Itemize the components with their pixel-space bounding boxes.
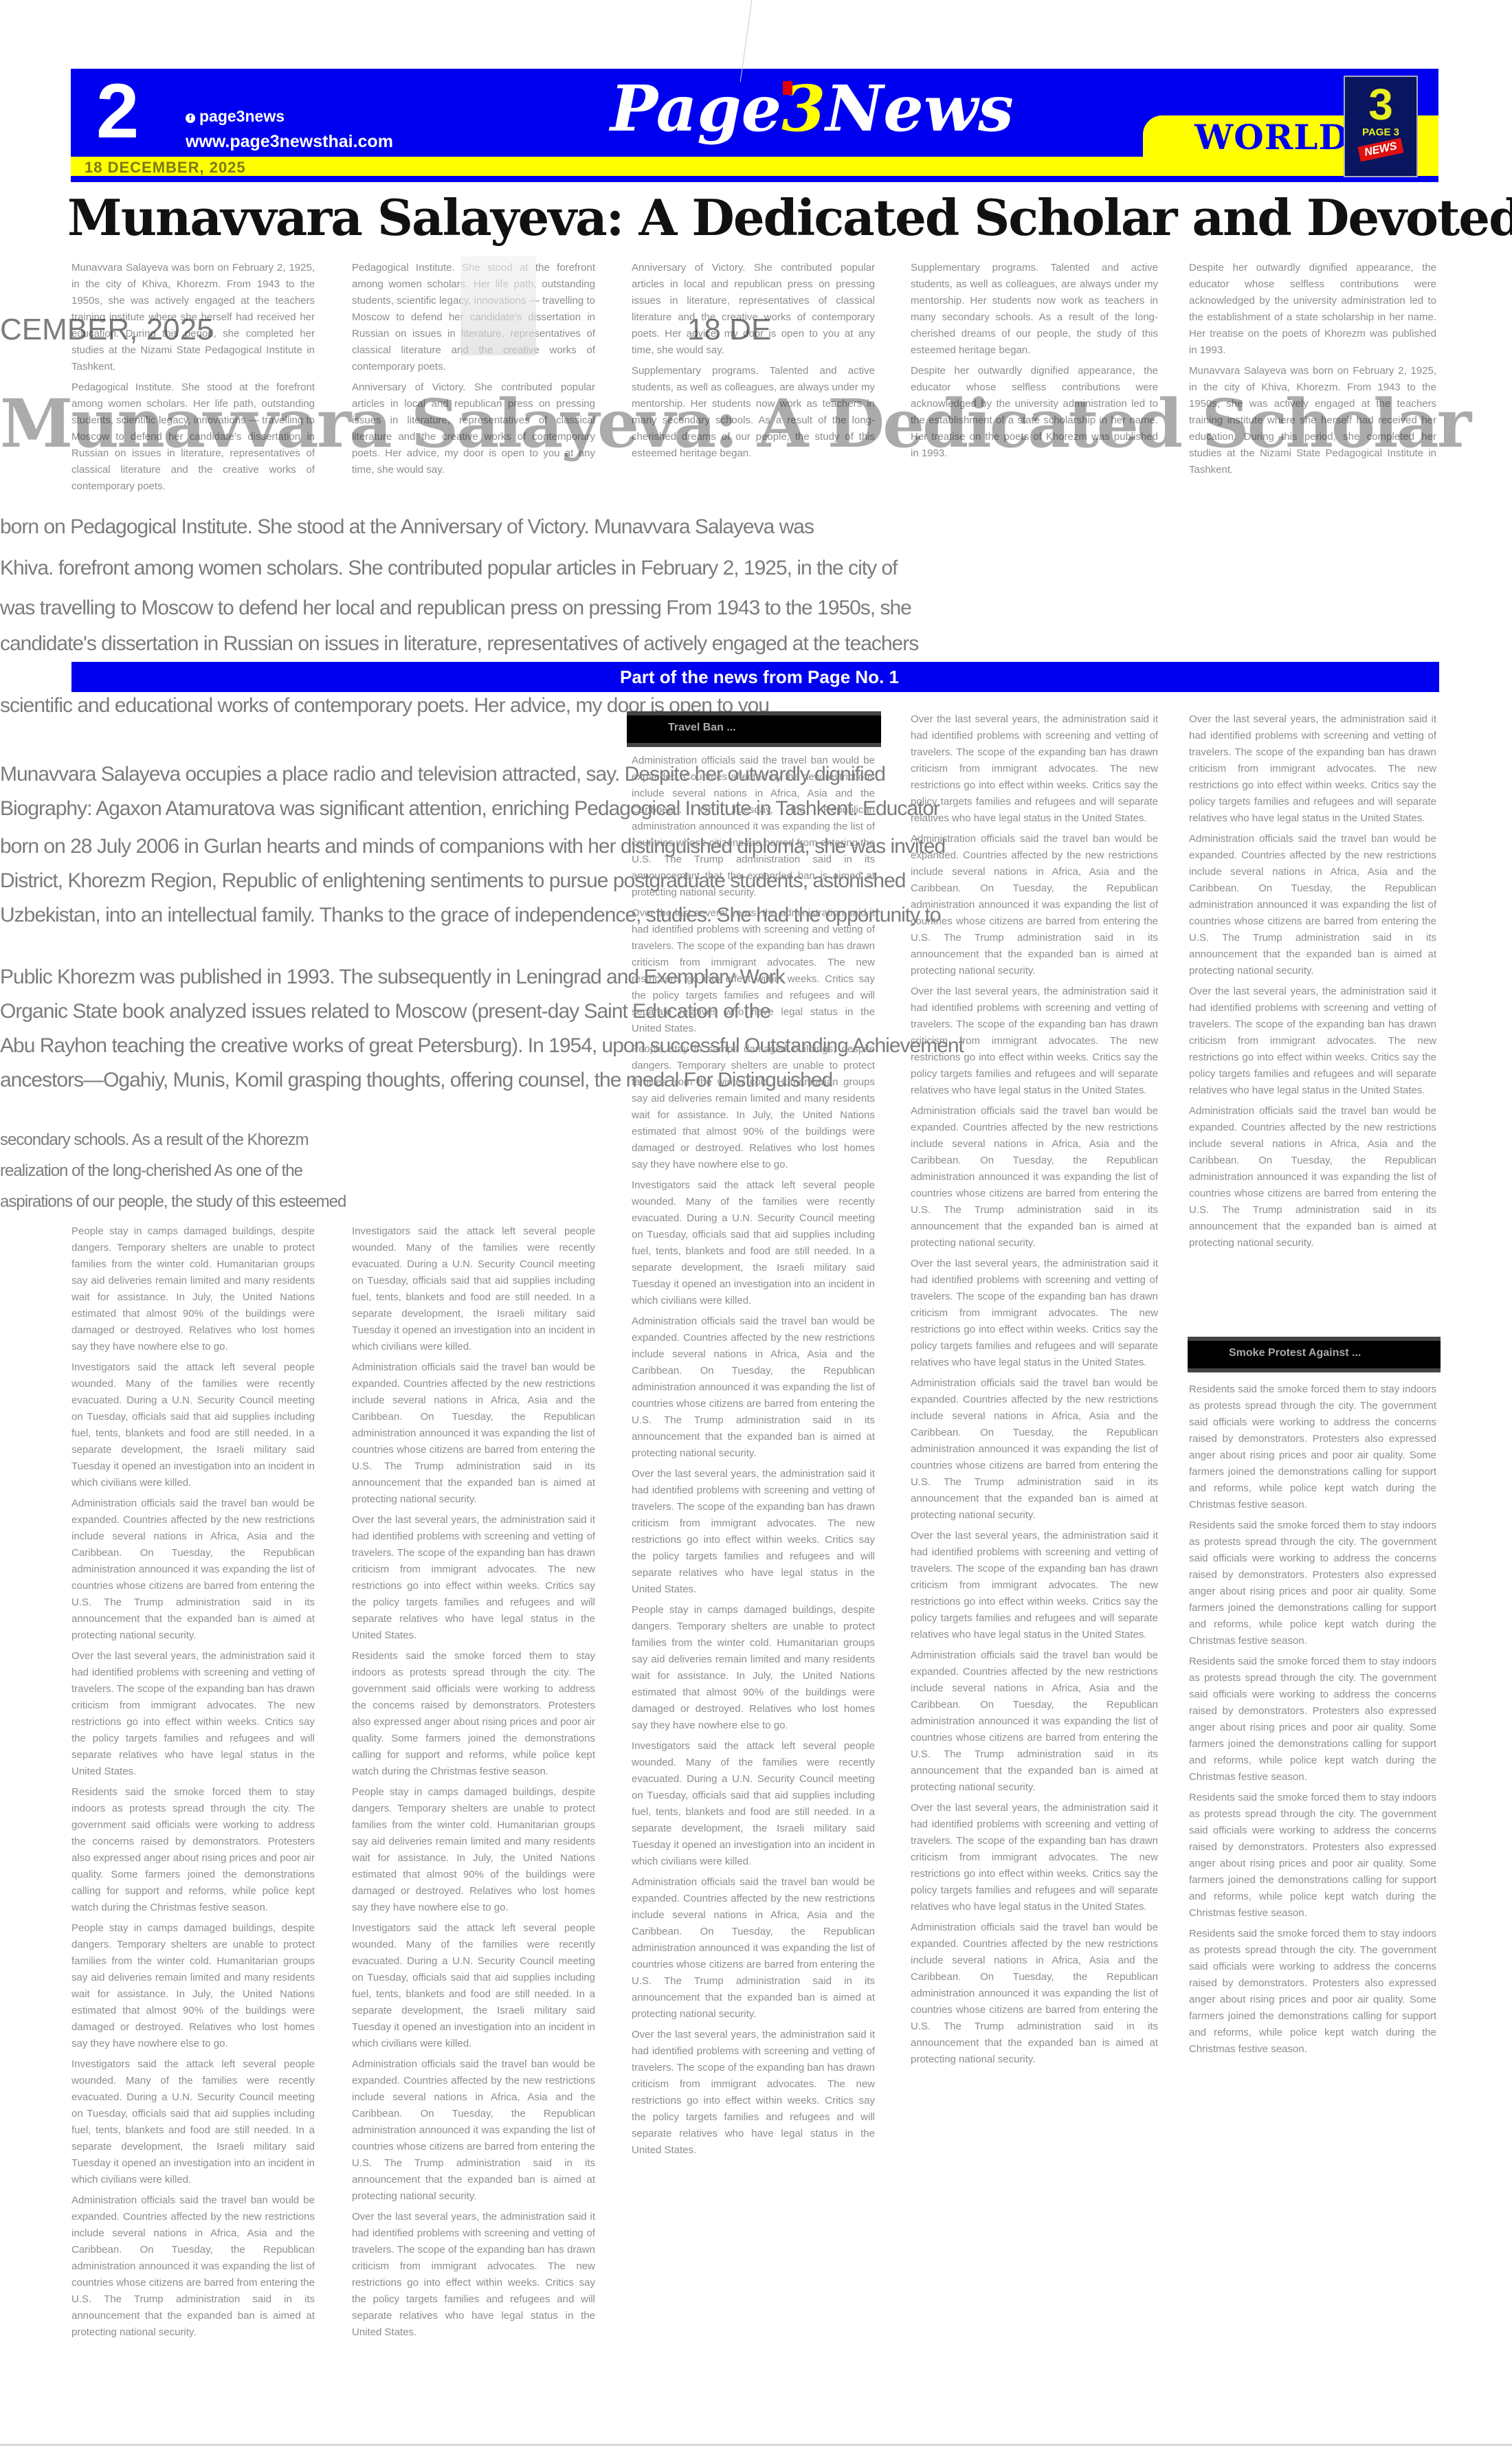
lower-column-4: Over the last several years, the adminis… <box>911 711 1158 2433</box>
page-number: 2 <box>96 73 139 150</box>
column-text: Administration officials said the travel… <box>632 1313 875 1462</box>
story-label-text: Travel Ban ... <box>668 722 736 733</box>
column-text: People stay in camps damaged buildings, … <box>632 1602 875 1734</box>
section-label: WORLD <box>1194 117 1349 157</box>
column-text: Over the last several years, the adminis… <box>71 1648 315 1780</box>
column-text: Over the last several years, the adminis… <box>911 711 1158 827</box>
ghost-line: was travelling to Moscow to defend her l… <box>0 597 911 620</box>
website-link[interactable]: www.page3newsthai.com <box>186 132 393 152</box>
story-label-text: Smoke Protest Against ... <box>1229 1347 1361 1359</box>
ghost-line: realization of the long-cherished As one… <box>0 1161 302 1181</box>
author-photo <box>460 256 536 355</box>
column-text: Over the last several years, the adminis… <box>1189 983 1436 1099</box>
column-text: Residents said the smoke forced them to … <box>1189 1790 1436 1922</box>
column-text: Administration officials said the travel… <box>1189 831 1436 979</box>
lower-column-1: People stay in camps damaged buildings, … <box>71 1223 315 2433</box>
social-handle[interactable]: fpage3news <box>186 107 285 126</box>
column-text: Administration officials said the travel… <box>1189 1103 1436 1251</box>
brand-badge-icon: 3 PAGE 3 NEWS <box>1344 76 1418 177</box>
continued-news-label: Part of the news from Page No. 1 <box>620 662 899 692</box>
column-text: Administration officials said the travel… <box>632 1874 875 2023</box>
column-text: Administration officials said the travel… <box>911 1647 1158 1796</box>
column-text: Over the last several years, the adminis… <box>1189 711 1436 827</box>
story-label-travel-ban: Travel Ban ... <box>627 711 881 747</box>
column-text: People stay in camps damaged buildings, … <box>352 1784 595 1916</box>
ghost-line: candidate's dissertation in Russian on i… <box>0 632 918 656</box>
logo-prefix: Page <box>610 71 781 146</box>
lower-column-5: Over the last several years, the adminis… <box>1189 711 1436 1330</box>
newspaper-logo: Page3News <box>610 77 1014 140</box>
ghost-title: Munavvara Salayeva: A Dedicated Scholar <box>0 385 1469 463</box>
column-text: Over the last several years, the adminis… <box>632 1466 875 1598</box>
column-text: Administration officials said the travel… <box>632 753 875 901</box>
continued-news-bar: Part of the news from Page No. 1 <box>71 662 1439 692</box>
column-text: Residents said the smoke forced them to … <box>71 1784 315 1916</box>
facebook-icon: f <box>186 113 195 123</box>
column-text: Supplementary programs. Talented and act… <box>911 260 1158 359</box>
column-text: People stay in camps damaged buildings, … <box>71 1223 315 1355</box>
column-text: People stay in camps damaged buildings, … <box>71 1920 315 2052</box>
badge-text: PAGE 3 <box>1345 126 1416 138</box>
ghost-line: born on Pedagogical Institute. She stood… <box>0 515 814 539</box>
column-text: Administration officials said the travel… <box>352 1359 595 1508</box>
column-text: Residents said the smoke forced them to … <box>352 1648 595 1780</box>
ghost-date-right: 18 DE <box>687 313 771 347</box>
lower-column-2: Investigators said the attack left sever… <box>352 1223 595 2433</box>
column-text: Administration officials said the travel… <box>352 2056 595 2205</box>
column-text: Investigators said the attack left sever… <box>71 2056 315 2188</box>
ghost-line: secondary schools. As a result of the Kh… <box>0 1131 309 1150</box>
column-text: Administration officials said the travel… <box>71 2192 315 2341</box>
ghost-line: Khiva. forefront among women scholars. S… <box>0 557 897 580</box>
ghost-date-left: CEMBER, 2025 <box>0 313 214 347</box>
column-text: Investigators said the attack left sever… <box>71 1359 315 1491</box>
column-text: Investigators said the attack left sever… <box>632 1177 875 1309</box>
column-text: Residents said the smoke forced them to … <box>1189 1926 1436 2058</box>
column-text: Over the last several years, the adminis… <box>911 983 1158 1099</box>
column-text: Residents said the smoke forced them to … <box>1189 1654 1436 1785</box>
column-text: Over the last several years, the adminis… <box>911 1528 1158 1643</box>
ghost-line: aspirations of our people, the study of … <box>0 1192 346 1212</box>
badge-digit: 3 <box>1345 82 1416 126</box>
story-label-smoke-protest: Smoke Protest Against ... <box>1188 1337 1441 1372</box>
column-text: Residents said the smoke forced them to … <box>1189 1381 1436 1513</box>
column-text: Investigators said the attack left sever… <box>632 1738 875 1870</box>
column-text: People stay in camps damaged buildings, … <box>632 1041 875 1173</box>
column-text: Administration officials said the travel… <box>911 1375 1158 1524</box>
column-text: Residents said the smoke forced them to … <box>1189 1517 1436 1649</box>
badge-tag: NEWS <box>1357 138 1403 162</box>
masthead-bottom-rule <box>71 176 1438 182</box>
column-text: Investigators said the attack left sever… <box>352 1223 595 1355</box>
masthead: 2 fpage3news www.page3newsthai.com 18 DE… <box>71 69 1438 182</box>
column-text: Over the last several years, the adminis… <box>632 2027 875 2159</box>
issue-date: 18 DECEMBER, 2025 <box>85 159 246 177</box>
column-text: Over the last several years, the adminis… <box>352 2209 595 2341</box>
column-text: Administration officials said the travel… <box>911 831 1158 979</box>
lower-column-5b: Residents said the smoke forced them to … <box>1189 1381 1436 2433</box>
lower-column-3: Administration officials said the travel… <box>632 753 875 2433</box>
column-text: Administration officials said the travel… <box>911 1103 1158 1251</box>
column-text: Over the last several years, the adminis… <box>911 1256 1158 1371</box>
column-text: Over the last several years, the adminis… <box>911 1800 1158 1915</box>
column-text: Administration officials said the travel… <box>911 1920 1158 2068</box>
column-text: Over the last several years, the adminis… <box>632 905 875 1037</box>
column-text: Over the last several years, the adminis… <box>352 1512 595 1644</box>
social-handle-text: page3news <box>199 107 285 125</box>
page-bottom-rule <box>0 2444 1512 2446</box>
column-text: Administration officials said the travel… <box>71 1495 315 1644</box>
logo-digit: 3 <box>781 71 825 146</box>
logo-suffix: News <box>825 71 1014 146</box>
column-text: Investigators said the attack left sever… <box>352 1920 595 2052</box>
column-text: Despite her outwardly dignified appearan… <box>1189 260 1436 359</box>
article-headline: Munavvara Salayeva: A Dedicated Scholar … <box>67 190 1442 247</box>
